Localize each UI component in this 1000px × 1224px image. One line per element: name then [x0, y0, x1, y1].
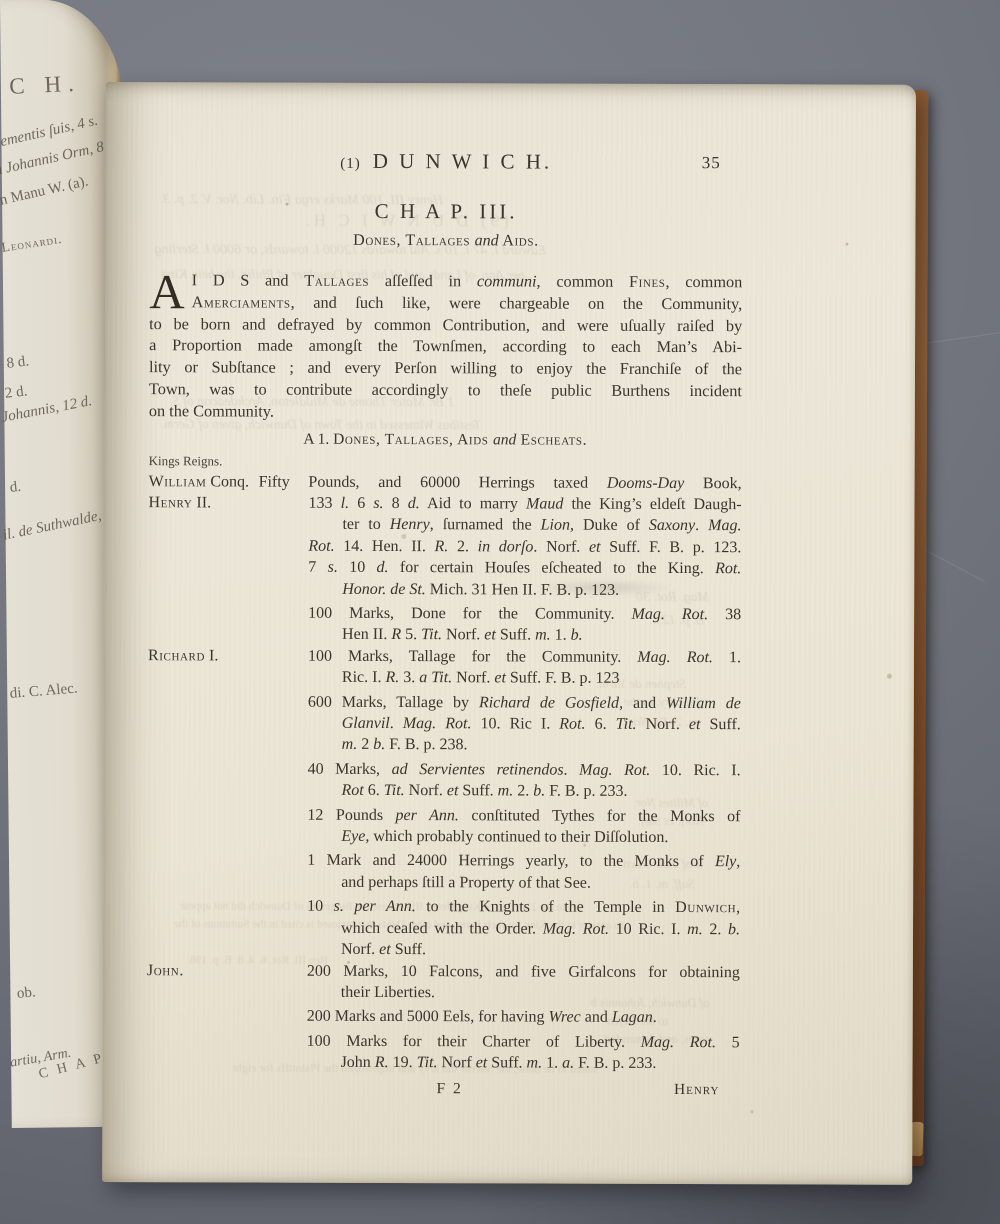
entry-line: Ric. I. R. 3. a Tit. Norf. et Suff. F. B…	[258, 667, 741, 690]
entry-line: Rot. 14. Hen. II. R. 2. in dorſo. Norf. …	[258, 535, 741, 558]
entry-line: Glanvil. Mag. Rot. 10. Ric I. Rot. 6. Ti…	[258, 713, 741, 736]
left-page-text-fragment: il. de Suthwalde,	[2, 508, 103, 545]
catchword: Henry	[674, 1081, 720, 1099]
section-heading: A 1. Dones, Tallages, Aids and Escheats.	[149, 430, 742, 453]
entry-line: 133 l. 6 s. 8 d. Aid to marry Maud the K…	[258, 493, 741, 516]
entry-line: which ceaſed with the Order. Mag. Rot. 1…	[257, 917, 740, 940]
intro-paragraph: A I D S and Tallages aſſeſſed in communi…	[149, 269, 743, 424]
entries-table: William Conq.Fifty Pounds, and 60000 Her…	[147, 471, 742, 1075]
entry-group: Henry II.133 l. 6 s. 8 d. Aid to marry M…	[148, 492, 742, 647]
paragraph-line: a Proportion made amongſt the Townſmen, …	[149, 335, 742, 359]
entry-line: Rot 6. Tit. Norf. et Suff. m. 2. b. F. B…	[257, 780, 740, 803]
entry-line: Eye, which probably continued to their D…	[257, 826, 740, 849]
entry-line: Norf. et Suff.	[257, 939, 740, 962]
entry-line: Fifty Pounds, and 60000 Herrings taxed D…	[259, 471, 742, 494]
page-title: D U N W I C H.	[373, 149, 553, 174]
drop-cap: A	[149, 269, 192, 311]
photo-backdrop: C H. nementis ſuis, 4 s. m Johannis Orm,…	[0, 0, 1000, 1224]
paragraph-line: to be born and defrayed by common Contri…	[149, 313, 742, 337]
left-page-text-fragment: d.	[9, 479, 22, 497]
reign-label: William Conq.	[149, 471, 250, 493]
left-page-text-fragment: in Manu W. (a).	[0, 173, 90, 210]
fore-edge-chip	[910, 1122, 923, 1156]
paragraph-line: on the Community.	[149, 400, 742, 424]
chapter-subtitle: Dones, Tallages and Aids.	[149, 231, 742, 255]
entry-line: Hen II. R 5. Tit. Norf. et Suff. m. 1. b…	[258, 624, 741, 647]
left-page-text-fragment: di. C. Alec.	[9, 680, 78, 702]
text-block: (1)D U N W I C H. 35 C H A P. III. Dones…	[146, 82, 743, 1101]
left-page-text-fragment: 8 d.	[6, 353, 30, 372]
left-page-text-fragment: ob.	[16, 984, 36, 1002]
entry-group: William Conq.Fifty Pounds, and 60000 Her…	[149, 471, 742, 494]
book-page: (9) D U N W I C H. Henry III. 100 Marks …	[102, 82, 916, 1185]
entry-line: 1 Mark and 24000 Herrings yearly, to the…	[257, 850, 740, 873]
signature-mark: (1)	[340, 156, 361, 172]
entry-group: Richard I.100 Marks, Tallage for the Com…	[147, 645, 741, 962]
reign-label: Henry II.	[148, 492, 211, 514]
page-footer: F 2 Henry	[146, 1079, 739, 1101]
entry-line: 200 Marks, 10 Falcons, and five Girfalco…	[257, 960, 740, 983]
page-number: 35	[702, 153, 721, 173]
intro-lines: I D S and Tallages aſſeſſed in communi, …	[149, 269, 743, 424]
running-head: (1)D U N W I C H. 35	[150, 148, 743, 176]
entry-line: 600 Marks, Tallage by Richard de Gosfiel…	[258, 691, 741, 714]
entry-line: 100 Marks for their Charter of Liberty. …	[257, 1030, 740, 1053]
reign-label: Richard I.	[148, 645, 218, 667]
entry-line: 200 Marks and 5000 Eels, for having Wrec…	[257, 1006, 740, 1029]
entry-line: ter to Henry, ſurnamed the Lion, Duke of…	[258, 514, 741, 537]
left-page-text-fragment: 2 d.	[4, 383, 28, 402]
entry-line: 100 Marks, Tallage for the Community. Ma…	[258, 645, 741, 668]
entry-line: John R. 19. Tit. Norf et Suff. m. 1. a. …	[257, 1052, 740, 1075]
reign-label: John.	[147, 960, 184, 982]
entry-line: 10 s. per Ann. to the Knights of the Tem…	[257, 896, 740, 919]
entry-line: and perhaps ſtill a Property of that See…	[257, 871, 740, 894]
entry-line: 40 Marks, ad Servientes retinendos. Mag.…	[258, 758, 741, 781]
entry-group: John.200 Marks, 10 Falcons, and five Gir…	[147, 960, 740, 1075]
entry-line: Honor. de St. Mich. 31 Hen II. F. B. p. …	[258, 578, 741, 601]
left-page-text-fragment: C H.	[9, 71, 82, 100]
entry-line: their Liberties.	[257, 981, 740, 1004]
margin-label: Kings Reigns.	[149, 453, 742, 472]
paragraph-line: Town, was to contribute accordingly to t…	[149, 378, 742, 402]
entry-line: 100 Marks, Done for the Community. Mag. …	[258, 603, 741, 626]
entry-line: 12 Pounds per Ann. conſtituted Tythes fo…	[257, 804, 740, 827]
paragraph-line: Amerciaments, and ſuch like, were charge…	[149, 291, 742, 315]
paragraph-line: I D S and Tallages aſſeſſed in communi, …	[149, 269, 742, 293]
left-page-text-fragment: Leonardi.	[1, 231, 64, 256]
signature-mark-footer: F 2	[436, 1080, 462, 1098]
entry-line: 7 s. 10 d. for certain Houſes eſcheated …	[258, 557, 741, 580]
chapter-heading: C H A P. III.	[150, 198, 743, 226]
paragraph-line: lity or Subſtance ; and every Perſon wil…	[149, 356, 742, 380]
entry-line: m. 2 b. F. B. p. 238.	[258, 734, 741, 757]
